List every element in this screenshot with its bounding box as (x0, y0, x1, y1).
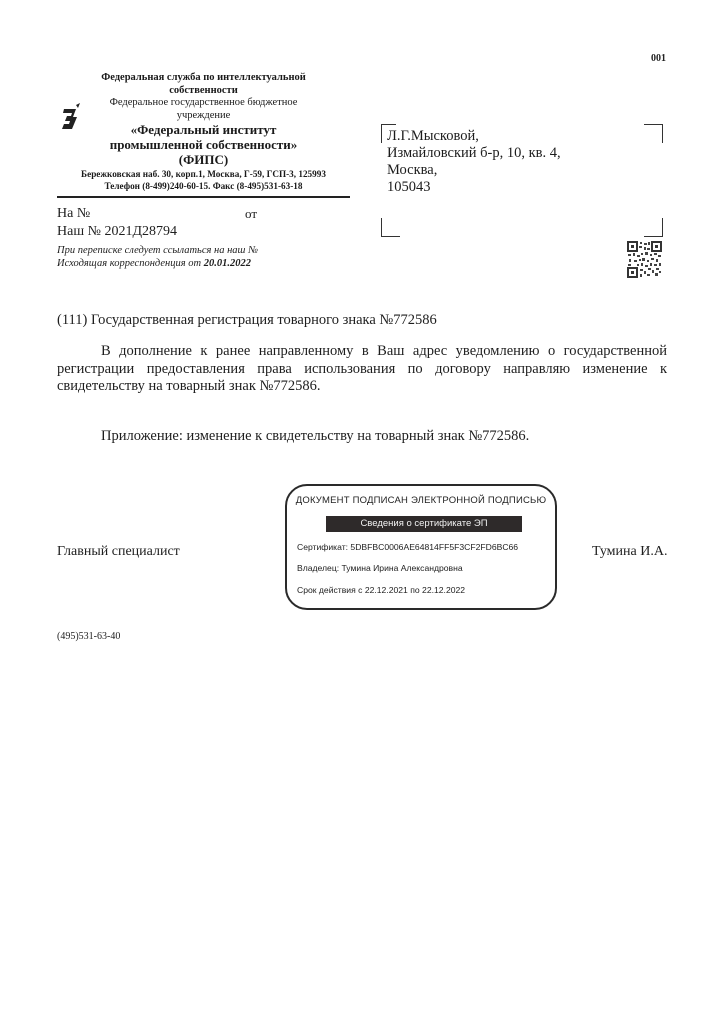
stamp-owner: Владелец: Тумина Ирина Александровна (297, 563, 463, 573)
org-abbr: (ФИПС) (57, 152, 350, 167)
org-line: Федеральное государственное бюджетное (57, 97, 350, 110)
stamp-certificate: Сертификат: 5DBFBC0006AE64814FF5F3CF2FD6… (297, 542, 518, 552)
org-line: учреждение (57, 110, 350, 123)
address-corner-mark (644, 124, 663, 143)
header-divider (57, 196, 350, 198)
address-corner-mark (644, 218, 663, 237)
contact-phone: (495)531-63-40 (57, 631, 120, 642)
recipient-line: 105043 (387, 179, 561, 196)
outgoing-date-line: Исходящая корреспонденция от 20.01.2022 (57, 257, 337, 270)
letter-body-text: В дополнение к ранее направленному в Ваш… (57, 343, 667, 394)
org-line: собственности (57, 85, 350, 98)
letter-subject: (111) Государственная регистрация товарн… (57, 312, 437, 329)
letter-body: В дополнение к ранее направленному в Ваш… (57, 343, 667, 396)
organization-header: Федеральная служба по интеллектуальной с… (57, 72, 350, 192)
org-name: «Федеральный институт (57, 122, 350, 137)
stamp-certificate-header: Сведения о сертификате ЭП (326, 516, 522, 532)
your-number-label: На № (57, 206, 90, 221)
page-number: 001 (651, 53, 666, 64)
stamp-title: ДОКУМЕНТ ПОДПИСАН ЭЛЕКТРОННОЙ ПОДПИСЬЮ (287, 495, 555, 506)
address-corner-mark (381, 218, 400, 237)
recipient-address: Л.Г.Мысковой, Измайловский б-р, 10, кв. … (387, 128, 561, 196)
reference-note: При переписке следует ссылаться на наш № (57, 244, 337, 257)
our-number: Наш № 2021Д28794 (57, 223, 337, 241)
recipient-line: Измайловский б-р, 10, кв. 4, (387, 145, 561, 162)
outgoing-date: 20.01.2022 (204, 258, 251, 269)
letter-attachment: Приложение: изменение к свидетельству на… (101, 428, 529, 445)
signer-name: Тумина И.А. (592, 544, 667, 560)
reference-block: На № от Наш № 2021Д28794 При переписке с… (57, 205, 337, 270)
org-address: Бережковская наб. 30, корп.1, Москва, Г-… (57, 169, 350, 181)
recipient-line: Л.Г.Мысковой, (387, 128, 561, 145)
from-label: от (245, 205, 257, 223)
recipient-line: Москва, (387, 162, 561, 179)
qr-code-icon (627, 241, 662, 278)
org-line: Федеральная служба по интеллектуальной (57, 72, 350, 85)
org-name: промышленной собственности» (57, 137, 350, 152)
stamp-validity: Срок действия с 22.12.2021 по 22.12.2022 (297, 585, 465, 595)
electronic-signature-stamp: ДОКУМЕНТ ПОДПИСАН ЭЛЕКТРОННОЙ ПОДПИСЬЮ С… (285, 484, 557, 610)
signer-position: Главный специалист (57, 544, 180, 560)
org-contacts: Телефон (8-499)240-60-15. Факс (8-495)53… (57, 181, 350, 193)
